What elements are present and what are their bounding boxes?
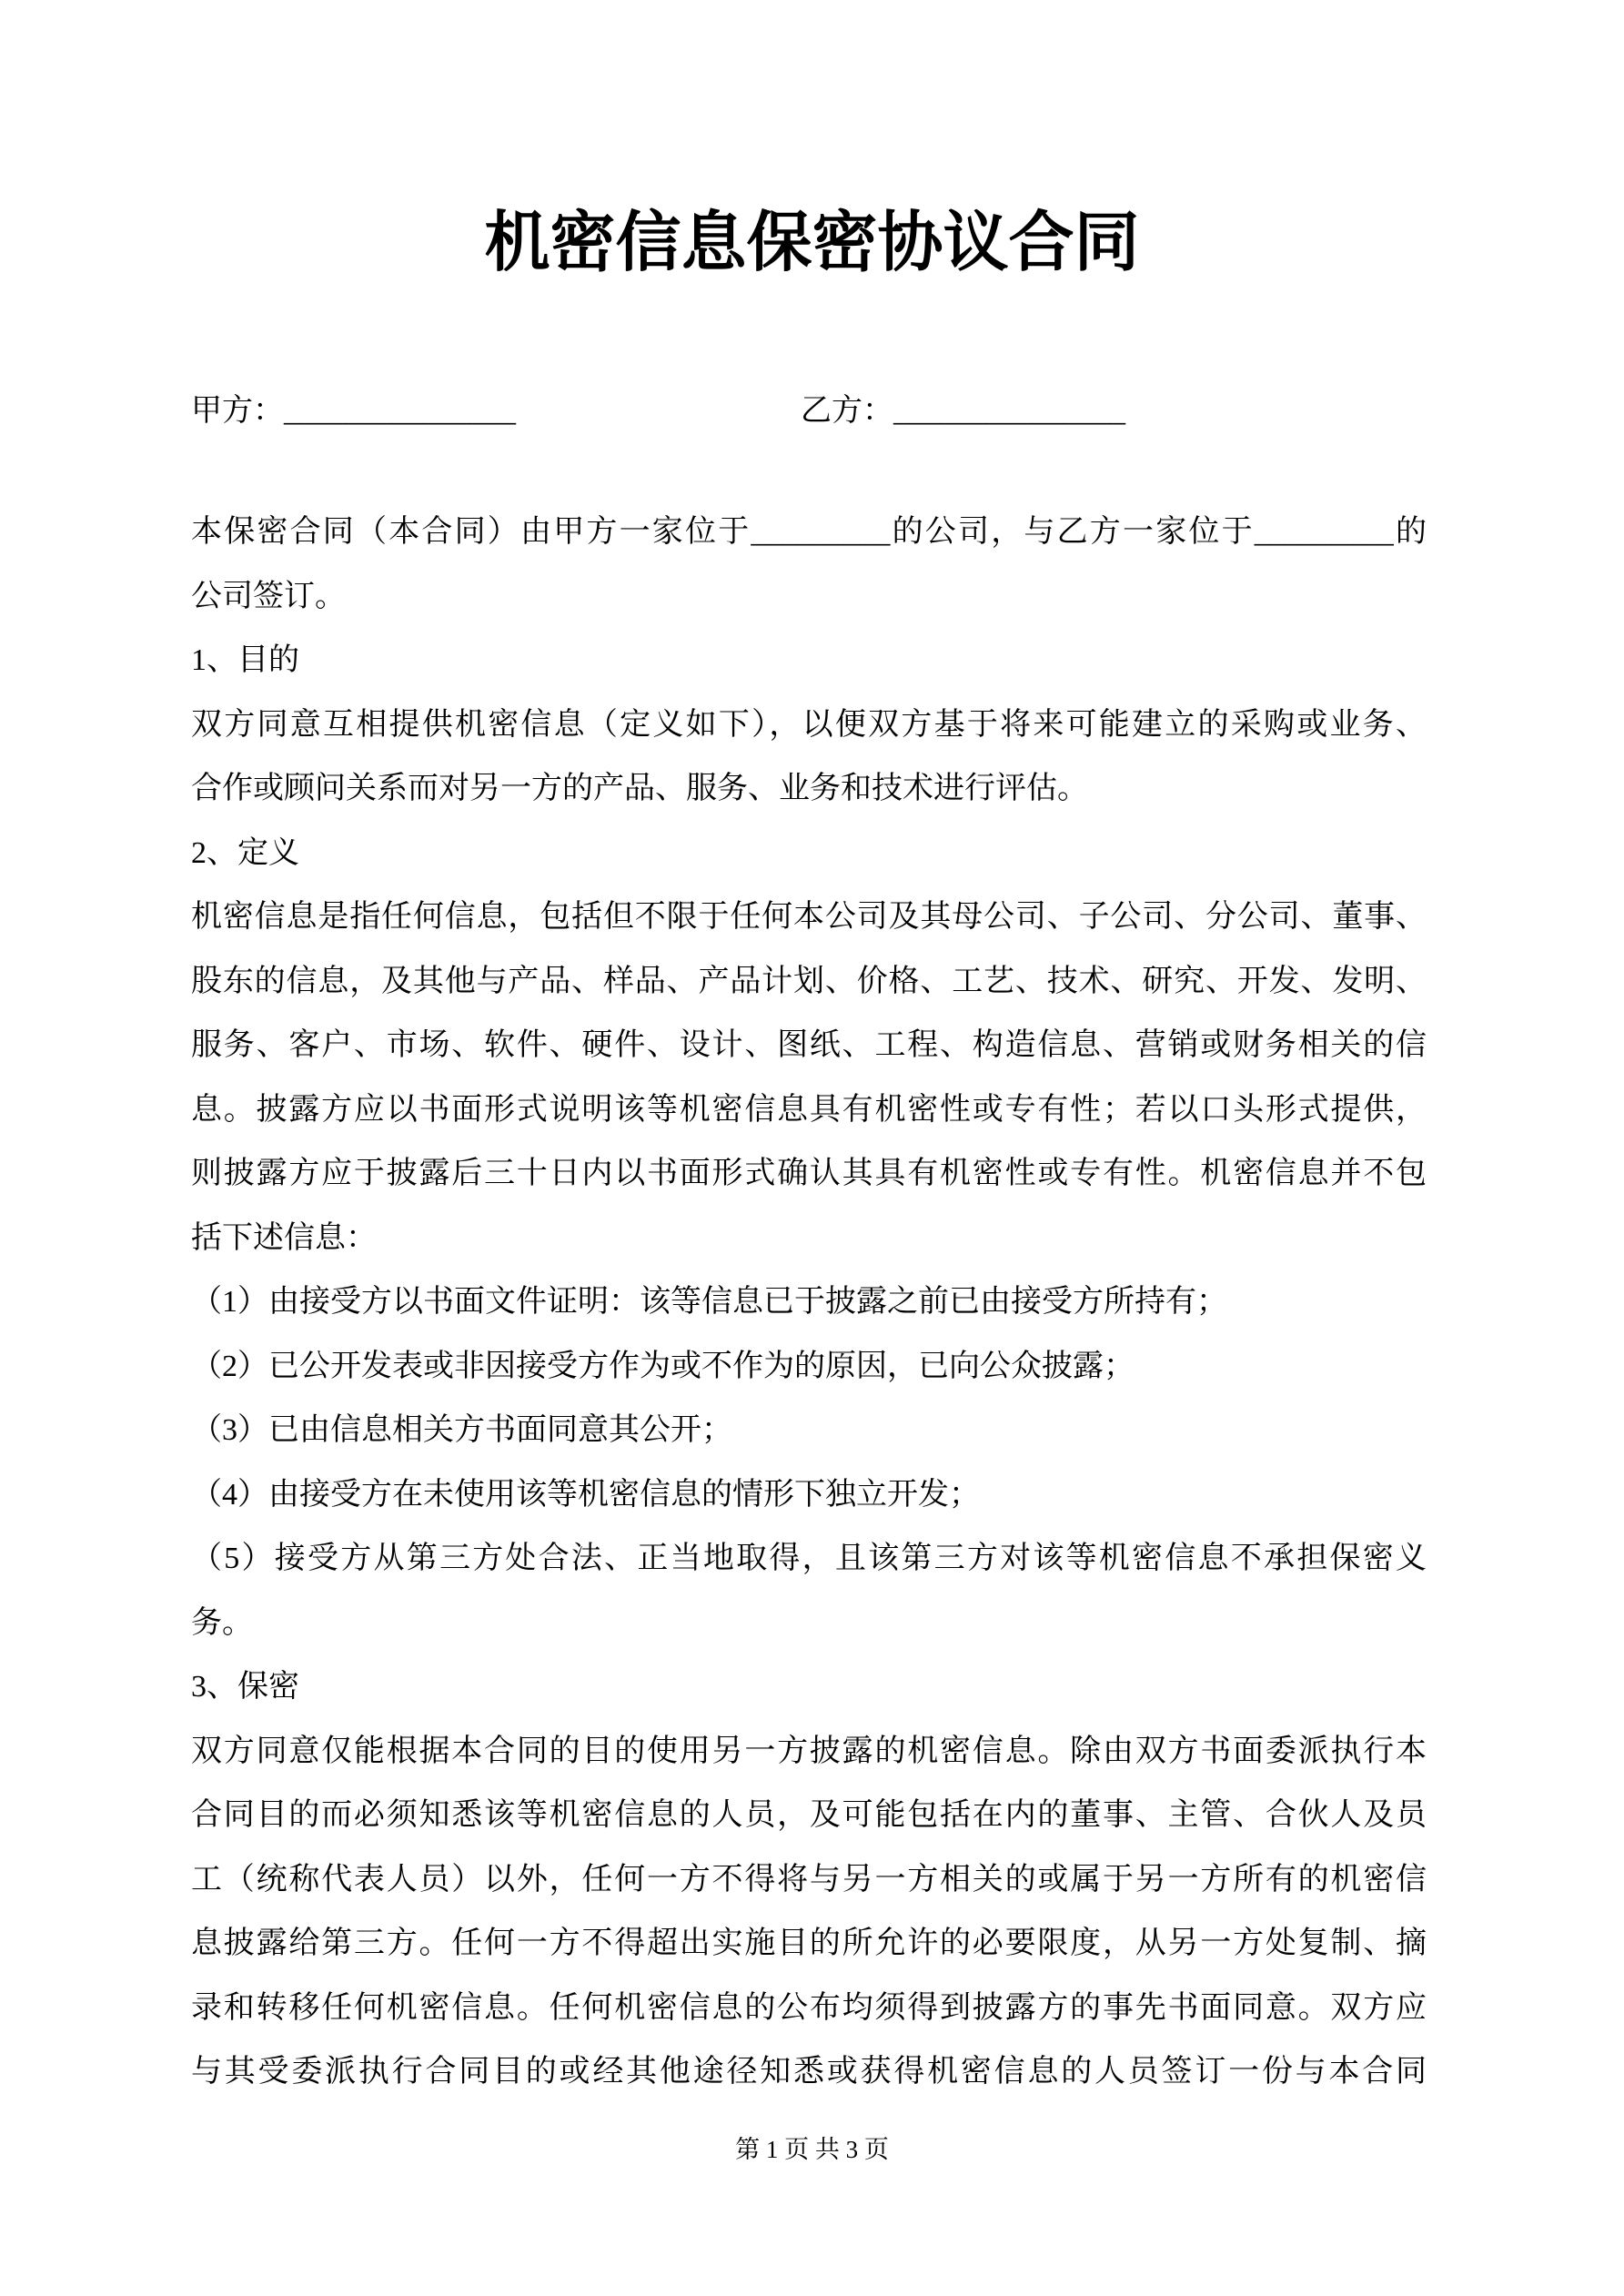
contract-line: 服务、客户、市场、软件、硬件、设计、图纸、工程、构造信息、营销或财务相关的信 — [191, 1014, 1427, 1077]
contract-line: 公司签订。 — [191, 565, 1427, 629]
contract-line: 本保密合同（本合同）由甲方一家位于_________的公司，与乙方一家位于___… — [191, 501, 1427, 564]
list-item-2: （2）已公开发表或非因接受方作为或不作为的原因，已向公众披露； — [191, 1335, 1427, 1399]
party-a-blank: _______________ — [284, 394, 516, 428]
page-footer: 第 1 页 共 3 页 — [0, 2135, 1624, 2164]
list-item-3: （3）已由信息相关方书面同意其公开； — [191, 1399, 1427, 1462]
contract-line: 机密信息是指任何信息，包括但不限于任何本公司及其母公司、子公司、分公司、董事、 — [191, 885, 1427, 949]
contract-line: 股东的信息，及其他与产品、样品、产品计划、价格、工艺、技术、研究、开发、发明、 — [191, 950, 1427, 1014]
document-page: 机密信息保密协议合同 甲方：_______________ 乙方：_______… — [0, 0, 1624, 2296]
party-b-label: 乙方： — [801, 394, 893, 428]
contract-line: 务。 — [191, 1592, 1427, 1655]
contract-line: 息。披露方应以书面形式说明该等机密信息具有机密性或专有性；若以口头形式提供， — [191, 1078, 1427, 1142]
section-heading-confidentiality: 3、保密 — [191, 1655, 1427, 1719]
contract-line: 则披露方应于披露后三十日内以书面形式确认其具有机密性或专有性。机密信息并不包 — [191, 1142, 1427, 1206]
contract-line: 工（统称代表人员）以外，任何一方不得将与另一方相关的或属于另一方所有的机密信 — [191, 1848, 1427, 1912]
contract-line: 与其受委派执行合同目的或经其他途径知悉或获得机密信息的人员签订一份与本合同 — [191, 2040, 1427, 2104]
party-a: 甲方：_______________ — [191, 394, 516, 428]
list-item-5: （5）接受方从第三方处合法、正当地取得，且该第三方对该等机密信息不承担保密义 — [191, 1527, 1427, 1591]
contract-line: 双方同意仅能根据本合同的目的使用另一方披露的机密信息。除由双方书面委派执行本 — [191, 1720, 1427, 1784]
party-b-blank: _______________ — [893, 394, 1125, 428]
list-item-1: （1）由接受方以书面文件证明：该等信息已于披露之前已由接受方所持有； — [191, 1270, 1427, 1334]
list-item-4: （4）由接受方在未使用该等机密信息的情形下独立开发； — [191, 1463, 1427, 1527]
contract-line: 息披露给第三方。任何一方不得超出实施目的所允许的必要限度，从另一方处复制、摘 — [191, 1912, 1427, 1976]
document-title: 机密信息保密协议合同 — [0, 205, 1624, 282]
contract-line: 括下述信息： — [191, 1207, 1427, 1270]
section-heading-definition: 2、定义 — [191, 822, 1427, 885]
contract-line: 双方同意互相提供机密信息（定义如下），以便双方基于将来可能建立的采购或业务、 — [191, 693, 1427, 757]
section-heading-purpose: 1、目的 — [191, 629, 1427, 693]
contract-line: 录和转移任何机密信息。任何机密信息的公布均须得到披露方的事先书面同意。双方应 — [191, 1977, 1427, 2040]
parties-line: 甲方：_______________ 乙方：_______________ — [191, 379, 1427, 443]
contract-line: 合作或顾问关系而对另一方的产品、服务、业务和技术进行评估。 — [191, 757, 1427, 821]
party-b: 乙方：_______________ — [801, 379, 1125, 443]
party-a-label: 甲方： — [191, 394, 284, 428]
contract-line: 合同目的而必须知悉该等机密信息的人员，及可能包括在内的董事、主管、合伙人及员 — [191, 1784, 1427, 1847]
